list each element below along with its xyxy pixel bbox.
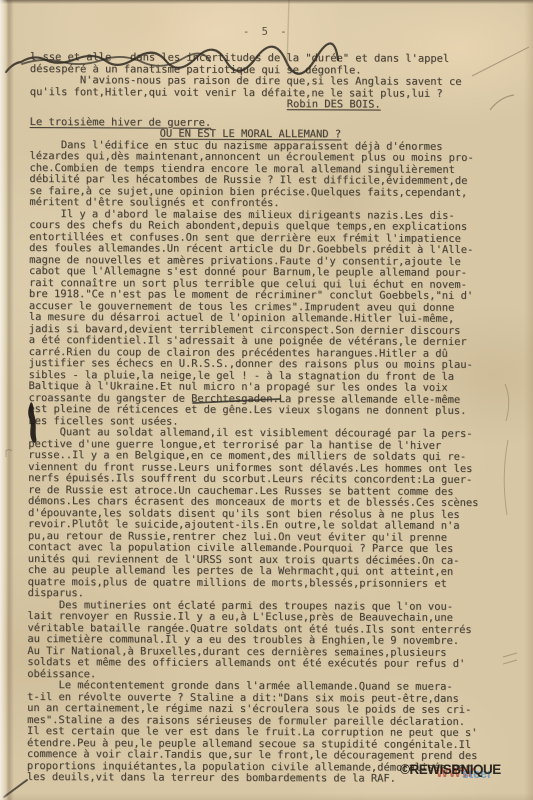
- text-line: soldats et même des officiers allemands …: [27, 657, 499, 671]
- signature: Robin DES BOIS.: [287, 99, 502, 111]
- text-line: les deuils,vit dans la terreur des bomba…: [27, 772, 499, 786]
- pencil-mark-right-3: [503, 653, 517, 664]
- page-number: - 5 -: [243, 26, 290, 38]
- typewritten-text: l sse et alle dans les incertitudes de l…: [27, 52, 502, 786]
- document-page: - 5 - l sse et alle dans les incertitude…: [0, 0, 533, 800]
- pencil-mark-left: [6, 450, 12, 458]
- ink-stroke-bottom-left: [4, 780, 27, 797]
- pencil-mark-right-2: [504, 440, 508, 515]
- pencil-mark-right-1: [505, 384, 509, 421]
- text-line: qu'ils font,Hitler,qui voit venir la déf…: [30, 86, 502, 100]
- text-line: quatre mois,plus de quatre millions de m…: [28, 576, 500, 590]
